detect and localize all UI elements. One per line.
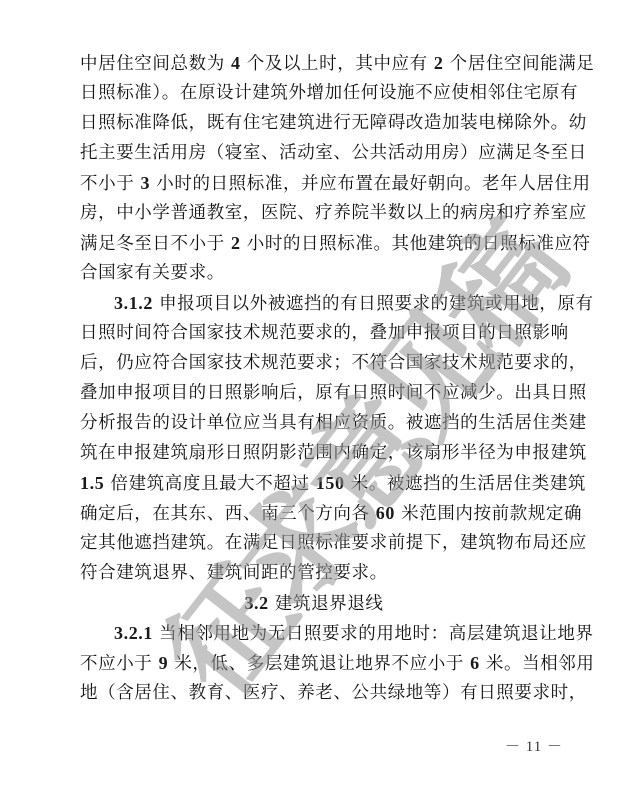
text-line: 1.5 倍建筑高度且最大不超过 150 米。被遮挡的生活居住类建筑 xyxy=(80,468,548,498)
text-line: 不应小于 9 米，低、多层建筑退让地界不应小于 6 米。当相邻用 xyxy=(80,648,548,678)
bold-number: 3.2 xyxy=(244,593,268,613)
text-line: 3.2.1 当相邻用地为无日照要求的用地时：高层建筑退让地界 xyxy=(80,618,548,648)
bold-number: 2 xyxy=(434,53,444,73)
text-line: 筑在申报建筑扇形日照阴影范围内确定，该扇形半径为申报建筑 xyxy=(80,438,548,468)
text-line: 不小于 3 小时的日照标准，并应布置在最好朝向。老年人居住用 xyxy=(80,168,548,198)
text-line: 确定后，在其东、西、南三个方向各 60 米范围内按前款规定确 xyxy=(80,498,548,528)
bold-number: 6 xyxy=(470,653,480,673)
document-page: 中居住空间总数为 4 个及以上时，其中应有 2 个居住空间能满足日照标准）。在原… xyxy=(0,0,617,799)
bold-number: 3.1.2 xyxy=(114,293,153,313)
text-line: 分析报告的设计单位应当具有相应资质。被遮挡的生活居住类建 xyxy=(80,408,548,438)
bold-number: 4 xyxy=(231,53,241,73)
bold-number: 60 xyxy=(376,503,395,523)
text-line: 叠加申报项目的日照影响后，原有日照时间不应减少。出具日照 xyxy=(80,378,548,408)
text-line: 定其他遮挡建筑。在满足日照标准要求前提下，建筑物布局还应 xyxy=(80,528,548,558)
text-line: 日照标准降低，既有住宅建筑进行无障碍改造加装电梯除外。幼 xyxy=(80,108,548,138)
text-line: 托主要生活用房（寝室、活动室、公共活动用房）应满足冬至日 xyxy=(80,138,548,168)
text-line: 满足冬至日不小于 2 小时的日照标准。其他建筑的日照标准应符 xyxy=(80,228,548,258)
body-text: 中居住空间总数为 4 个及以上时，其中应有 2 个居住空间能满足日照标准）。在原… xyxy=(80,48,548,708)
page-number: － 11 － xyxy=(505,735,563,756)
section-heading: 3.2 建筑退界退线 xyxy=(80,588,548,618)
text-line: 合国家有关要求。 xyxy=(80,258,548,288)
text-line: 中居住空间总数为 4 个及以上时，其中应有 2 个居住空间能满足 xyxy=(80,48,548,78)
bold-number: 9 xyxy=(159,653,169,673)
bold-number: 150 xyxy=(316,473,345,493)
text-line: 符合建筑退界、建筑间距的管控要求。 xyxy=(80,558,548,588)
text-line: 3.1.2 申报项目以外被遮挡的有日照要求的建筑或用地，原有 xyxy=(80,288,548,318)
text-line: 地（含居住、教育、医疗、养老、公共绿地等）有日照要求时， xyxy=(80,678,548,708)
text-line: 日照标准）。在原设计建筑外增加任何设施不应使相邻住宅原有 xyxy=(80,78,548,108)
text-line: 后，仍应符合国家技术规范要求；不符合国家技术规范要求的， xyxy=(80,348,548,378)
bold-number: 1.5 xyxy=(80,473,104,493)
text-line: 日照时间符合国家技术规范要求的，叠加申报项目的日照影响 xyxy=(80,318,548,348)
text-line: 房，中小学普通教室，医院、疗养院半数以上的病房和疗养室应 xyxy=(80,198,548,228)
bold-number: 3 xyxy=(140,173,150,193)
bold-number: 3.2.1 xyxy=(114,623,153,643)
bold-number: 2 xyxy=(231,233,241,253)
